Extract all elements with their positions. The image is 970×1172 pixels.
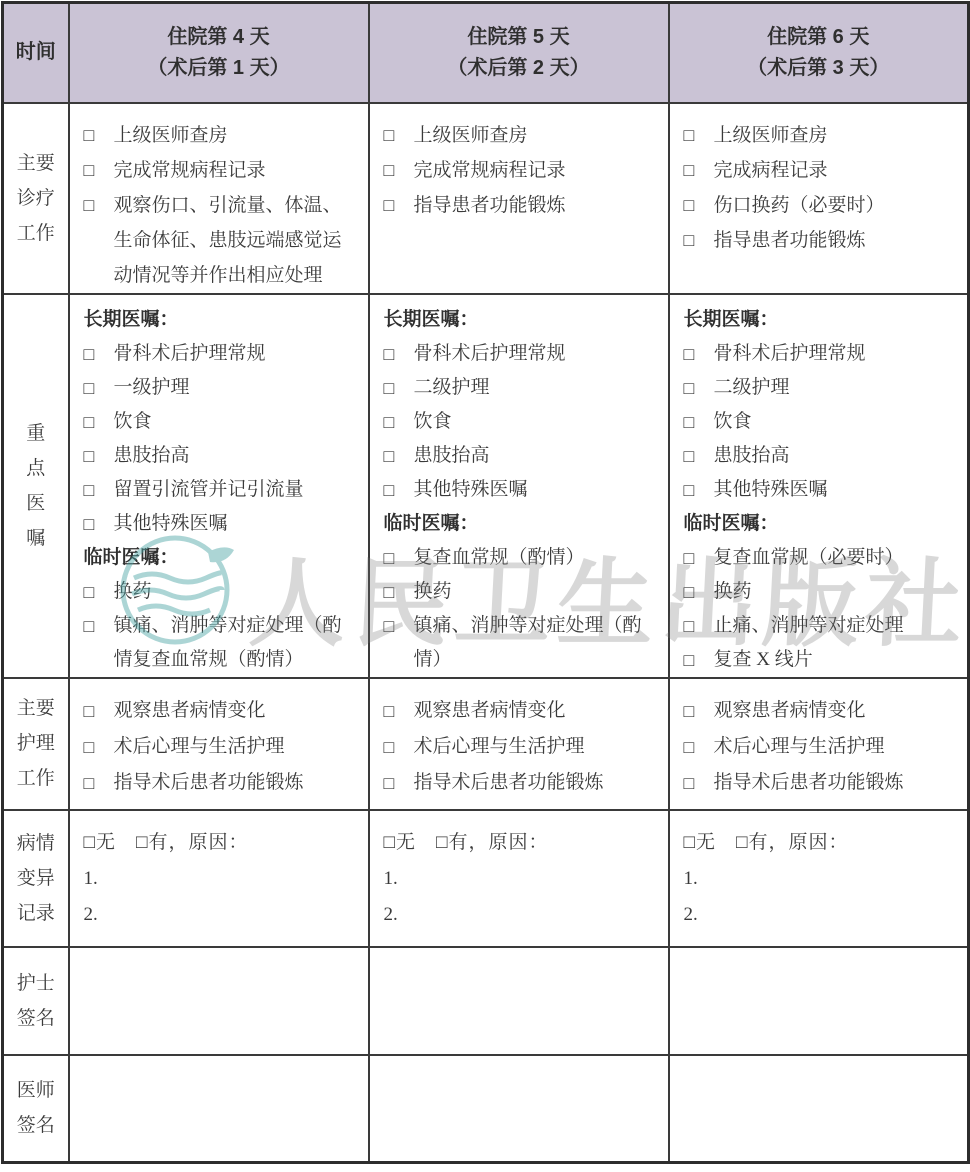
header-day-6: 住院第 6 天 （术后第 3 天） <box>669 3 969 103</box>
cell-main-treatment-work-day6: □上级医师查房□完成病程记录□伤口换药（必要时）□指导患者功能锻炼 <box>669 103 969 294</box>
checkbox-item[interactable]: □换药 <box>384 575 660 609</box>
checkbox-icon[interactable]: □ <box>84 575 95 609</box>
cell-main-treatment-work-day5: □上级医师查房□完成常规病程记录□指导患者功能锻炼 <box>369 103 669 294</box>
checkbox-label: 镇痛、消肿等对症处理（酌情） <box>414 615 642 670</box>
cell-content: 长期医嘱：□骨科术后护理常规□二级护理□饮食□患肢抬高□其他特殊医嘱临时医嘱：□… <box>384 303 660 677</box>
row-label-main-nursing-work: 主要护理工作 <box>3 678 69 810</box>
checkbox-label: 饮食 <box>114 411 152 432</box>
row-label-line: 护理 <box>4 726 68 761</box>
cell-main-treatment-work-day4: □上级医师查房□完成常规病程记录□观察伤口、引流量、体温、生命体征、患肢远端感觉… <box>69 103 369 294</box>
row-label-key-orders: 重点医嘱 <box>3 294 69 678</box>
table-header: 时间 住院第 4 天 （术后第 1 天） 住院第 5 天 （术后第 2 天） 住… <box>3 3 969 103</box>
header-day-5-line1: 住院第 5 天 <box>370 22 668 53</box>
checkbox-item[interactable]: □上级医师查房 <box>384 118 660 153</box>
checkbox-item[interactable]: □骨科术后护理常规 <box>384 337 660 371</box>
checkbox-icon[interactable]: □ <box>384 575 395 609</box>
checkbox-item[interactable]: □换药 <box>684 575 960 609</box>
checkbox-label: 上级医师查房 <box>714 125 828 146</box>
numbered-line: 1. <box>84 861 360 897</box>
checkbox-item[interactable]: □观察伤口、引流量、体温、生命体征、患肢远端感觉运动情况等并作出相应处理 <box>84 188 360 293</box>
checkbox-item[interactable]: □上级医师查房 <box>84 118 360 153</box>
checkbox-label: 留置引流管并记引流量 <box>114 479 304 500</box>
row-label-line: 医 <box>4 486 68 521</box>
checkbox-item[interactable]: □指导术后患者功能锻炼 <box>684 765 960 801</box>
checkbox-item[interactable]: □完成常规病程记录 <box>84 153 360 188</box>
checkbox-icon[interactable]: □ <box>384 118 395 153</box>
variation-choice-line[interactable]: □无 □有，原因： <box>84 825 360 861</box>
cell-key-orders-day6: 长期医嘱：□骨科术后护理常规□二级护理□饮食□患肢抬高□其他特殊医嘱临时医嘱：□… <box>669 294 969 678</box>
header-day-5-line2: （术后第 2 天） <box>370 53 668 84</box>
cell-content: □上级医师查房□完成常规病程记录□观察伤口、引流量、体温、生命体征、患肢远端感觉… <box>84 118 360 293</box>
checkbox-label: 观察患者病情变化 <box>714 700 866 721</box>
checkbox-item[interactable]: □指导术后患者功能锻炼 <box>384 765 660 801</box>
checkbox-item[interactable]: □复查血常规（必要时） <box>684 541 960 575</box>
header-day-6-line1: 住院第 6 天 <box>670 22 968 53</box>
checkbox-icon[interactable]: □ <box>684 609 695 643</box>
checkbox-icon[interactable]: □ <box>384 153 395 188</box>
checkbox-label: 术后心理与生活护理 <box>714 736 885 757</box>
cell-content: □上级医师查房□完成病程记录□伤口换药（必要时）□指导患者功能锻炼 <box>684 118 960 258</box>
row-doctor-signature: 医师签名 <box>3 1055 969 1163</box>
checkbox-label: 上级医师查房 <box>414 125 528 146</box>
checkbox-icon[interactable]: □ <box>684 693 695 729</box>
numbered-line: 1. <box>384 861 660 897</box>
cell-content: □上级医师查房□完成常规病程记录□指导患者功能锻炼 <box>384 118 660 223</box>
checkbox-label: 术后心理与生活护理 <box>414 736 585 757</box>
checkbox-label: 其他特殊医嘱 <box>714 479 828 500</box>
header-day-4-line2: （术后第 1 天） <box>70 53 368 84</box>
row-key-orders: 重点医嘱长期医嘱：□骨科术后护理常规□一级护理□饮食□患肢抬高□留置引流管并记引… <box>3 294 969 678</box>
variation-choice-line[interactable]: □无 □有，原因： <box>384 825 660 861</box>
cell-main-nursing-work-day6: □观察患者病情变化□术后心理与生活护理□指导术后患者功能锻炼 <box>669 678 969 810</box>
checkbox-icon[interactable]: □ <box>84 507 95 541</box>
cell-content: 长期医嘱：□骨科术后护理常规□二级护理□饮食□患肢抬高□其他特殊医嘱临时医嘱：□… <box>684 303 960 677</box>
row-nurse-signature: 护士签名 <box>3 947 969 1055</box>
checkbox-item[interactable]: □完成病程记录 <box>684 153 960 188</box>
checkbox-label: 其他特殊医嘱 <box>414 479 528 500</box>
header-day-5: 住院第 5 天 （术后第 2 天） <box>369 3 669 103</box>
checkbox-icon[interactable]: □ <box>684 541 695 575</box>
row-label-line: 重 <box>4 416 68 451</box>
row-label-line: 签名 <box>4 1001 68 1036</box>
row-label-line: 嘱 <box>4 521 68 556</box>
checkbox-label: 骨科术后护理常规 <box>714 343 866 364</box>
checkbox-label: 换药 <box>414 581 452 602</box>
checkbox-icon[interactable]: □ <box>384 337 395 371</box>
checkbox-label: 完成常规病程记录 <box>414 160 566 181</box>
checkbox-icon[interactable]: □ <box>684 371 695 405</box>
checkbox-icon[interactable]: □ <box>684 153 695 188</box>
row-label-line: 工作 <box>4 761 68 796</box>
checkbox-label: 指导术后患者功能锻炼 <box>414 772 604 793</box>
row-label-line: 护士 <box>4 966 68 1001</box>
checkbox-item[interactable]: □复查血常规（酌情） <box>384 541 660 575</box>
header-day-4-line1: 住院第 4 天 <box>70 22 368 53</box>
checkbox-item[interactable]: □上级医师查房 <box>684 118 960 153</box>
checkbox-item[interactable]: □骨科术后护理常规 <box>84 337 360 371</box>
orders-heading: 长期医嘱： <box>384 303 660 337</box>
orders-heading: 长期医嘱： <box>84 303 360 337</box>
checkbox-label: 观察患者病情变化 <box>414 700 566 721</box>
cell-nurse-signature-day5[interactable] <box>369 947 669 1055</box>
checkbox-label: 伤口换药（必要时） <box>714 195 885 216</box>
numbered-line: 2. <box>384 897 660 933</box>
checkbox-icon[interactable]: □ <box>84 153 95 188</box>
cell-content: □无 □有，原因：1.2. <box>684 825 960 933</box>
cell-variation-record-day6: □无 □有，原因：1.2. <box>669 810 969 947</box>
checkbox-item[interactable]: □观察患者病情变化 <box>684 693 960 729</box>
checkbox-label: 一级护理 <box>114 377 190 398</box>
checkbox-icon[interactable]: □ <box>84 439 95 473</box>
numbered-line: 2. <box>684 897 960 933</box>
checkbox-icon[interactable]: □ <box>84 337 95 371</box>
checkbox-label: 其他特殊医嘱 <box>114 513 228 534</box>
checkbox-label: 饮食 <box>714 411 752 432</box>
checkbox-label: 指导患者功能锻炼 <box>414 195 566 216</box>
checkbox-item[interactable]: □二级护理 <box>684 371 960 405</box>
checkbox-icon[interactable]: □ <box>684 223 695 258</box>
checkbox-label: 镇痛、消肿等对症处理（酌情复查血常规（酌情） <box>114 615 342 670</box>
checkbox-icon[interactable]: □ <box>84 473 95 507</box>
checkbox-item[interactable]: □其他特殊医嘱 <box>84 507 360 541</box>
checkbox-label: 饮食 <box>414 411 452 432</box>
checkbox-item[interactable]: □指导患者功能锻炼 <box>384 188 660 223</box>
cell-content: □观察患者病情变化□术后心理与生活护理□指导术后患者功能锻炼 <box>84 693 360 801</box>
checkbox-item[interactable]: □伤口换药（必要时） <box>684 188 960 223</box>
header-row: 时间 住院第 4 天 （术后第 1 天） 住院第 5 天 （术后第 2 天） 住… <box>3 3 969 103</box>
orders-heading: 临时医嘱： <box>84 541 360 575</box>
checkbox-label: 完成病程记录 <box>714 160 828 181</box>
checkbox-icon[interactable]: □ <box>384 371 395 405</box>
numbered-line: 1. <box>684 861 960 897</box>
cell-content: □观察患者病情变化□术后心理与生活护理□指导术后患者功能锻炼 <box>384 693 660 801</box>
checkbox-icon[interactable]: □ <box>84 118 95 153</box>
checkbox-item[interactable]: □完成常规病程记录 <box>384 153 660 188</box>
cell-key-orders-day5: 长期医嘱：□骨科术后护理常规□二级护理□饮食□患肢抬高□其他特殊医嘱临时医嘱：□… <box>369 294 669 678</box>
checkbox-label: 复查 X 线片 <box>714 649 813 670</box>
checkbox-icon[interactable]: □ <box>684 337 695 371</box>
checkbox-item[interactable]: □饮食 <box>684 405 960 439</box>
row-label-line: 点 <box>4 451 68 486</box>
checkbox-label: 骨科术后护理常规 <box>114 343 266 364</box>
checkbox-icon[interactable]: □ <box>684 729 695 765</box>
checkbox-icon[interactable]: □ <box>684 405 695 439</box>
checkbox-item[interactable]: □饮食 <box>84 405 360 439</box>
checkbox-icon[interactable]: □ <box>84 609 95 643</box>
checkbox-item[interactable]: □患肢抬高 <box>384 439 660 473</box>
checkbox-label: 指导术后患者功能锻炼 <box>114 772 304 793</box>
checkbox-icon[interactable]: □ <box>384 729 395 765</box>
cell-variation-record-day4: □无 □有，原因：1.2. <box>69 810 369 947</box>
clinical-pathway-page: 时间 住院第 4 天 （术后第 1 天） 住院第 5 天 （术后第 2 天） 住… <box>0 0 970 1172</box>
cell-content: □观察患者病情变化□术后心理与生活护理□指导术后患者功能锻炼 <box>684 693 960 801</box>
row-label-line: 主要 <box>4 691 68 726</box>
cell-nurse-signature-day4[interactable] <box>69 947 369 1055</box>
checkbox-label: 患肢抬高 <box>714 445 790 466</box>
cell-main-nursing-work-day4: □观察患者病情变化□术后心理与生活护理□指导术后患者功能锻炼 <box>69 678 369 810</box>
checkbox-label: 观察伤口、引流量、体温、生命体征、患肢远端感觉运动情况等并作出相应处理 <box>114 195 342 286</box>
row-label-line: 诊疗 <box>4 181 68 216</box>
checkbox-item[interactable]: □一级护理 <box>84 371 360 405</box>
variation-choice-line[interactable]: □无 □有，原因： <box>684 825 960 861</box>
checkbox-icon[interactable]: □ <box>384 693 395 729</box>
cell-doctor-signature-day5[interactable] <box>369 1055 669 1163</box>
checkbox-label: 骨科术后护理常规 <box>414 343 566 364</box>
checkbox-icon[interactable]: □ <box>384 765 395 801</box>
checkbox-label: 患肢抬高 <box>414 445 490 466</box>
row-label-line: 记录 <box>4 896 68 931</box>
checkbox-icon[interactable]: □ <box>384 405 395 439</box>
checkbox-label: 观察患者病情变化 <box>114 700 266 721</box>
row-label-nurse-signature: 护士签名 <box>3 947 69 1055</box>
checkbox-icon[interactable]: □ <box>384 439 395 473</box>
row-label-line: 医师 <box>4 1073 68 1108</box>
checkbox-icon[interactable]: □ <box>84 405 95 439</box>
cell-content: □无 □有，原因：1.2. <box>84 825 360 933</box>
row-label-doctor-signature: 医师签名 <box>3 1055 69 1163</box>
checkbox-label: 复查血常规（酌情） <box>414 547 585 568</box>
checkbox-icon[interactable]: □ <box>84 693 95 729</box>
checkbox-label: 二级护理 <box>714 377 790 398</box>
checkbox-item[interactable]: □观察患者病情变化 <box>84 693 360 729</box>
checkbox-label: 复查血常规（必要时） <box>714 547 904 568</box>
checkbox-item[interactable]: □留置引流管并记引流量 <box>84 473 360 507</box>
checkbox-label: 换药 <box>714 581 752 602</box>
checkbox-item[interactable]: □指导患者功能锻炼 <box>684 223 960 258</box>
checkbox-item[interactable]: □其他特殊医嘱 <box>684 473 960 507</box>
cell-doctor-signature-day6[interactable] <box>669 1055 969 1163</box>
checkbox-label: 二级护理 <box>414 377 490 398</box>
checkbox-label: 止痛、消肿等对症处理 <box>714 615 904 636</box>
checkbox-label: 患肢抬高 <box>114 445 190 466</box>
row-label-main-treatment-work: 主要诊疗工作 <box>3 103 69 294</box>
row-main-treatment-work: 主要诊疗工作□上级医师查房□完成常规病程记录□观察伤口、引流量、体温、生命体征、… <box>3 103 969 294</box>
checkbox-item[interactable]: □患肢抬高 <box>684 439 960 473</box>
checkbox-item[interactable]: □观察患者病情变化 <box>384 693 660 729</box>
cell-content: □无 □有，原因：1.2. <box>384 825 660 933</box>
checkbox-label: 完成常规病程记录 <box>114 160 266 181</box>
checkbox-item[interactable]: □其他特殊医嘱 <box>384 473 660 507</box>
checkbox-icon[interactable]: □ <box>384 473 395 507</box>
checkbox-icon[interactable]: □ <box>84 729 95 765</box>
checkbox-item[interactable]: □镇痛、消肿等对症处理（酌情） <box>384 609 660 677</box>
row-label-line: 病情 <box>4 826 68 861</box>
checkbox-item[interactable]: □复查 X 线片 <box>684 643 960 677</box>
checkbox-icon[interactable]: □ <box>84 371 95 405</box>
cell-nurse-signature-day6[interactable] <box>669 947 969 1055</box>
header-day-4: 住院第 4 天 （术后第 1 天） <box>69 3 369 103</box>
row-label-line: 主要 <box>4 146 68 181</box>
row-label-line: 变异 <box>4 861 68 896</box>
row-main-nursing-work: 主要护理工作□观察患者病情变化□术后心理与生活护理□指导术后患者功能锻炼□观察患… <box>3 678 969 810</box>
checkbox-icon[interactable]: □ <box>684 765 695 801</box>
checkbox-icon[interactable]: □ <box>684 643 695 677</box>
header-time-label: 时间 <box>3 3 69 103</box>
cell-content: 长期医嘱：□骨科术后护理常规□一级护理□饮食□患肢抬高□留置引流管并记引流量□其… <box>84 303 360 677</box>
checkbox-label: 换药 <box>114 581 152 602</box>
orders-heading: 临时医嘱： <box>384 507 660 541</box>
checkbox-icon[interactable]: □ <box>384 541 395 575</box>
clinical-pathway-table: 时间 住院第 4 天 （术后第 1 天） 住院第 5 天 （术后第 2 天） 住… <box>1 1 970 1164</box>
checkbox-label: 术后心理与生活护理 <box>114 736 285 757</box>
header-day-6-line2: （术后第 3 天） <box>670 53 968 84</box>
checkbox-item[interactable]: □止痛、消肿等对症处理 <box>684 609 960 643</box>
checkbox-label: 指导患者功能锻炼 <box>714 230 866 251</box>
numbered-line: 2. <box>84 897 360 933</box>
row-label-line: 工作 <box>4 216 68 251</box>
checkbox-icon[interactable]: □ <box>684 188 695 223</box>
cell-key-orders-day4: 长期医嘱：□骨科术后护理常规□一级护理□饮食□患肢抬高□留置引流管并记引流量□其… <box>69 294 369 678</box>
row-variation-record: 病情变异记录□无 □有，原因：1.2.□无 □有，原因：1.2.□无 □有，原因… <box>3 810 969 947</box>
cell-variation-record-day5: □无 □有，原因：1.2. <box>369 810 669 947</box>
checkbox-item[interactable]: □骨科术后护理常规 <box>684 337 960 371</box>
checkbox-item[interactable]: □术后心理与生活护理 <box>384 729 660 765</box>
checkbox-icon[interactable]: □ <box>684 473 695 507</box>
checkbox-icon[interactable]: □ <box>684 118 695 153</box>
checkbox-icon[interactable]: □ <box>684 575 695 609</box>
checkbox-item[interactable]: □指导术后患者功能锻炼 <box>84 765 360 801</box>
orders-heading: 临时医嘱： <box>684 507 960 541</box>
checkbox-item[interactable]: □饮食 <box>384 405 660 439</box>
checkbox-icon[interactable]: □ <box>384 188 395 223</box>
checkbox-label: 上级医师查房 <box>114 125 228 146</box>
checkbox-item[interactable]: □患肢抬高 <box>84 439 360 473</box>
checkbox-item[interactable]: □二级护理 <box>384 371 660 405</box>
checkbox-icon[interactable]: □ <box>684 439 695 473</box>
checkbox-icon[interactable]: □ <box>84 765 95 801</box>
row-label-line: 签名 <box>4 1108 68 1143</box>
checkbox-label: 指导术后患者功能锻炼 <box>714 772 904 793</box>
checkbox-icon[interactable]: □ <box>384 609 395 643</box>
cell-main-nursing-work-day5: □观察患者病情变化□术后心理与生活护理□指导术后患者功能锻炼 <box>369 678 669 810</box>
row-label-variation-record: 病情变异记录 <box>3 810 69 947</box>
cell-doctor-signature-day4[interactable] <box>69 1055 369 1163</box>
checkbox-item[interactable]: □术后心理与生活护理 <box>84 729 360 765</box>
orders-heading: 长期医嘱： <box>684 303 960 337</box>
checkbox-item[interactable]: □换药 <box>84 575 360 609</box>
checkbox-icon[interactable]: □ <box>84 188 95 223</box>
table-body: 主要诊疗工作□上级医师查房□完成常规病程记录□观察伤口、引流量、体温、生命体征、… <box>3 103 969 1163</box>
checkbox-item[interactable]: □术后心理与生活护理 <box>684 729 960 765</box>
checkbox-item[interactable]: □镇痛、消肿等对症处理（酌情复查血常规（酌情） <box>84 609 360 677</box>
